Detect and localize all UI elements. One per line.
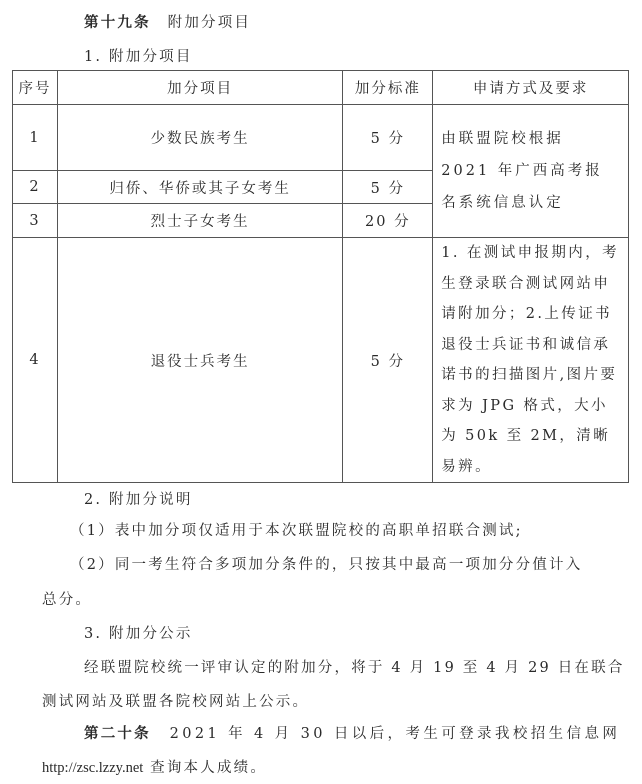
section-2-item-2-line-1: （2）同一考生符合多项加分条件的，只按其中最高一项加分分值计入: [70, 553, 582, 574]
row-score: 20 分: [343, 204, 433, 238]
section-1-heading: 1. 附加分项目: [84, 45, 193, 66]
row-seq: 1: [13, 105, 58, 171]
article-19-title: 附加分项目: [168, 15, 252, 31]
article-20-text-rest: 查询本人成绩。: [150, 760, 267, 776]
header-method: 申请方式及要求: [433, 71, 629, 105]
header-standard: 加分标准: [343, 71, 433, 105]
results-url-link[interactable]: http://zsc.lzzy.net: [42, 760, 143, 776]
row-item: 退役士兵考生: [57, 238, 342, 483]
row-method-veteran: 1. 在测试申报期内，考生登录联合测试网站申请附加分；2.上传证书退役士兵证书和…: [433, 238, 629, 483]
section-3-line-1: 经联盟院校统一评审认定的附加分，将于 4 月 19 至 4 月 29 日在联合: [84, 656, 625, 677]
section-3-line-2: 测试网站及联盟各院校网站上公示。: [42, 690, 309, 711]
section-3-heading: 3. 附加分公示: [84, 622, 193, 643]
article-20-line-2: http://zsc.lzzy.net 查询本人成绩。: [42, 756, 267, 777]
row-score: 5 分: [343, 171, 433, 204]
row-method-shared: 由联盟院校根据 2021 年广西高考报名系统信息认定: [433, 105, 629, 238]
row-seq: 3: [13, 204, 58, 238]
table-row: 4 退役士兵考生 5 分 1. 在测试申报期内，考生登录联合测试网站申请附加分；…: [13, 238, 629, 483]
section-2-item-1: （1）表中加分项仅适用于本次联盟院校的高职单招联合测试;: [70, 519, 523, 540]
header-seq: 序号: [13, 71, 58, 105]
section-2-heading: 2. 附加分说明: [84, 488, 193, 509]
row-score: 5 分: [343, 238, 433, 483]
header-item: 加分项目: [57, 71, 342, 105]
row-item: 烈士子女考生: [57, 204, 342, 238]
article-19-number: 第十九条: [84, 14, 151, 31]
row-item: 少数民族考生: [57, 105, 342, 171]
row-score: 5 分: [343, 105, 433, 171]
section-2-item-2-line-2: 总分。: [42, 588, 92, 609]
article-19-heading: 第十九条 附加分项目: [84, 11, 251, 32]
table-header-row: 序号 加分项目 加分标准 申请方式及要求: [13, 71, 629, 105]
row-seq: 4: [13, 238, 58, 483]
article-20-number: 第二十条: [84, 725, 151, 742]
bonus-points-table: 序号 加分项目 加分标准 申请方式及要求 1 少数民族考生 5 分 由联盟院校根…: [12, 70, 629, 483]
row-seq: 2: [13, 171, 58, 204]
table-row: 1 少数民族考生 5 分 由联盟院校根据 2021 年广西高考报名系统信息认定: [13, 105, 629, 171]
article-20-line-1: 第二十条 2021 年 4 月 30 日以后，考生可登录我校招生信息网: [84, 722, 620, 743]
row-item: 归侨、华侨或其子女考生: [57, 171, 342, 204]
article-20-text: 2021 年 4 月 30 日以后，考生可登录我校招生信息网: [170, 726, 621, 742]
